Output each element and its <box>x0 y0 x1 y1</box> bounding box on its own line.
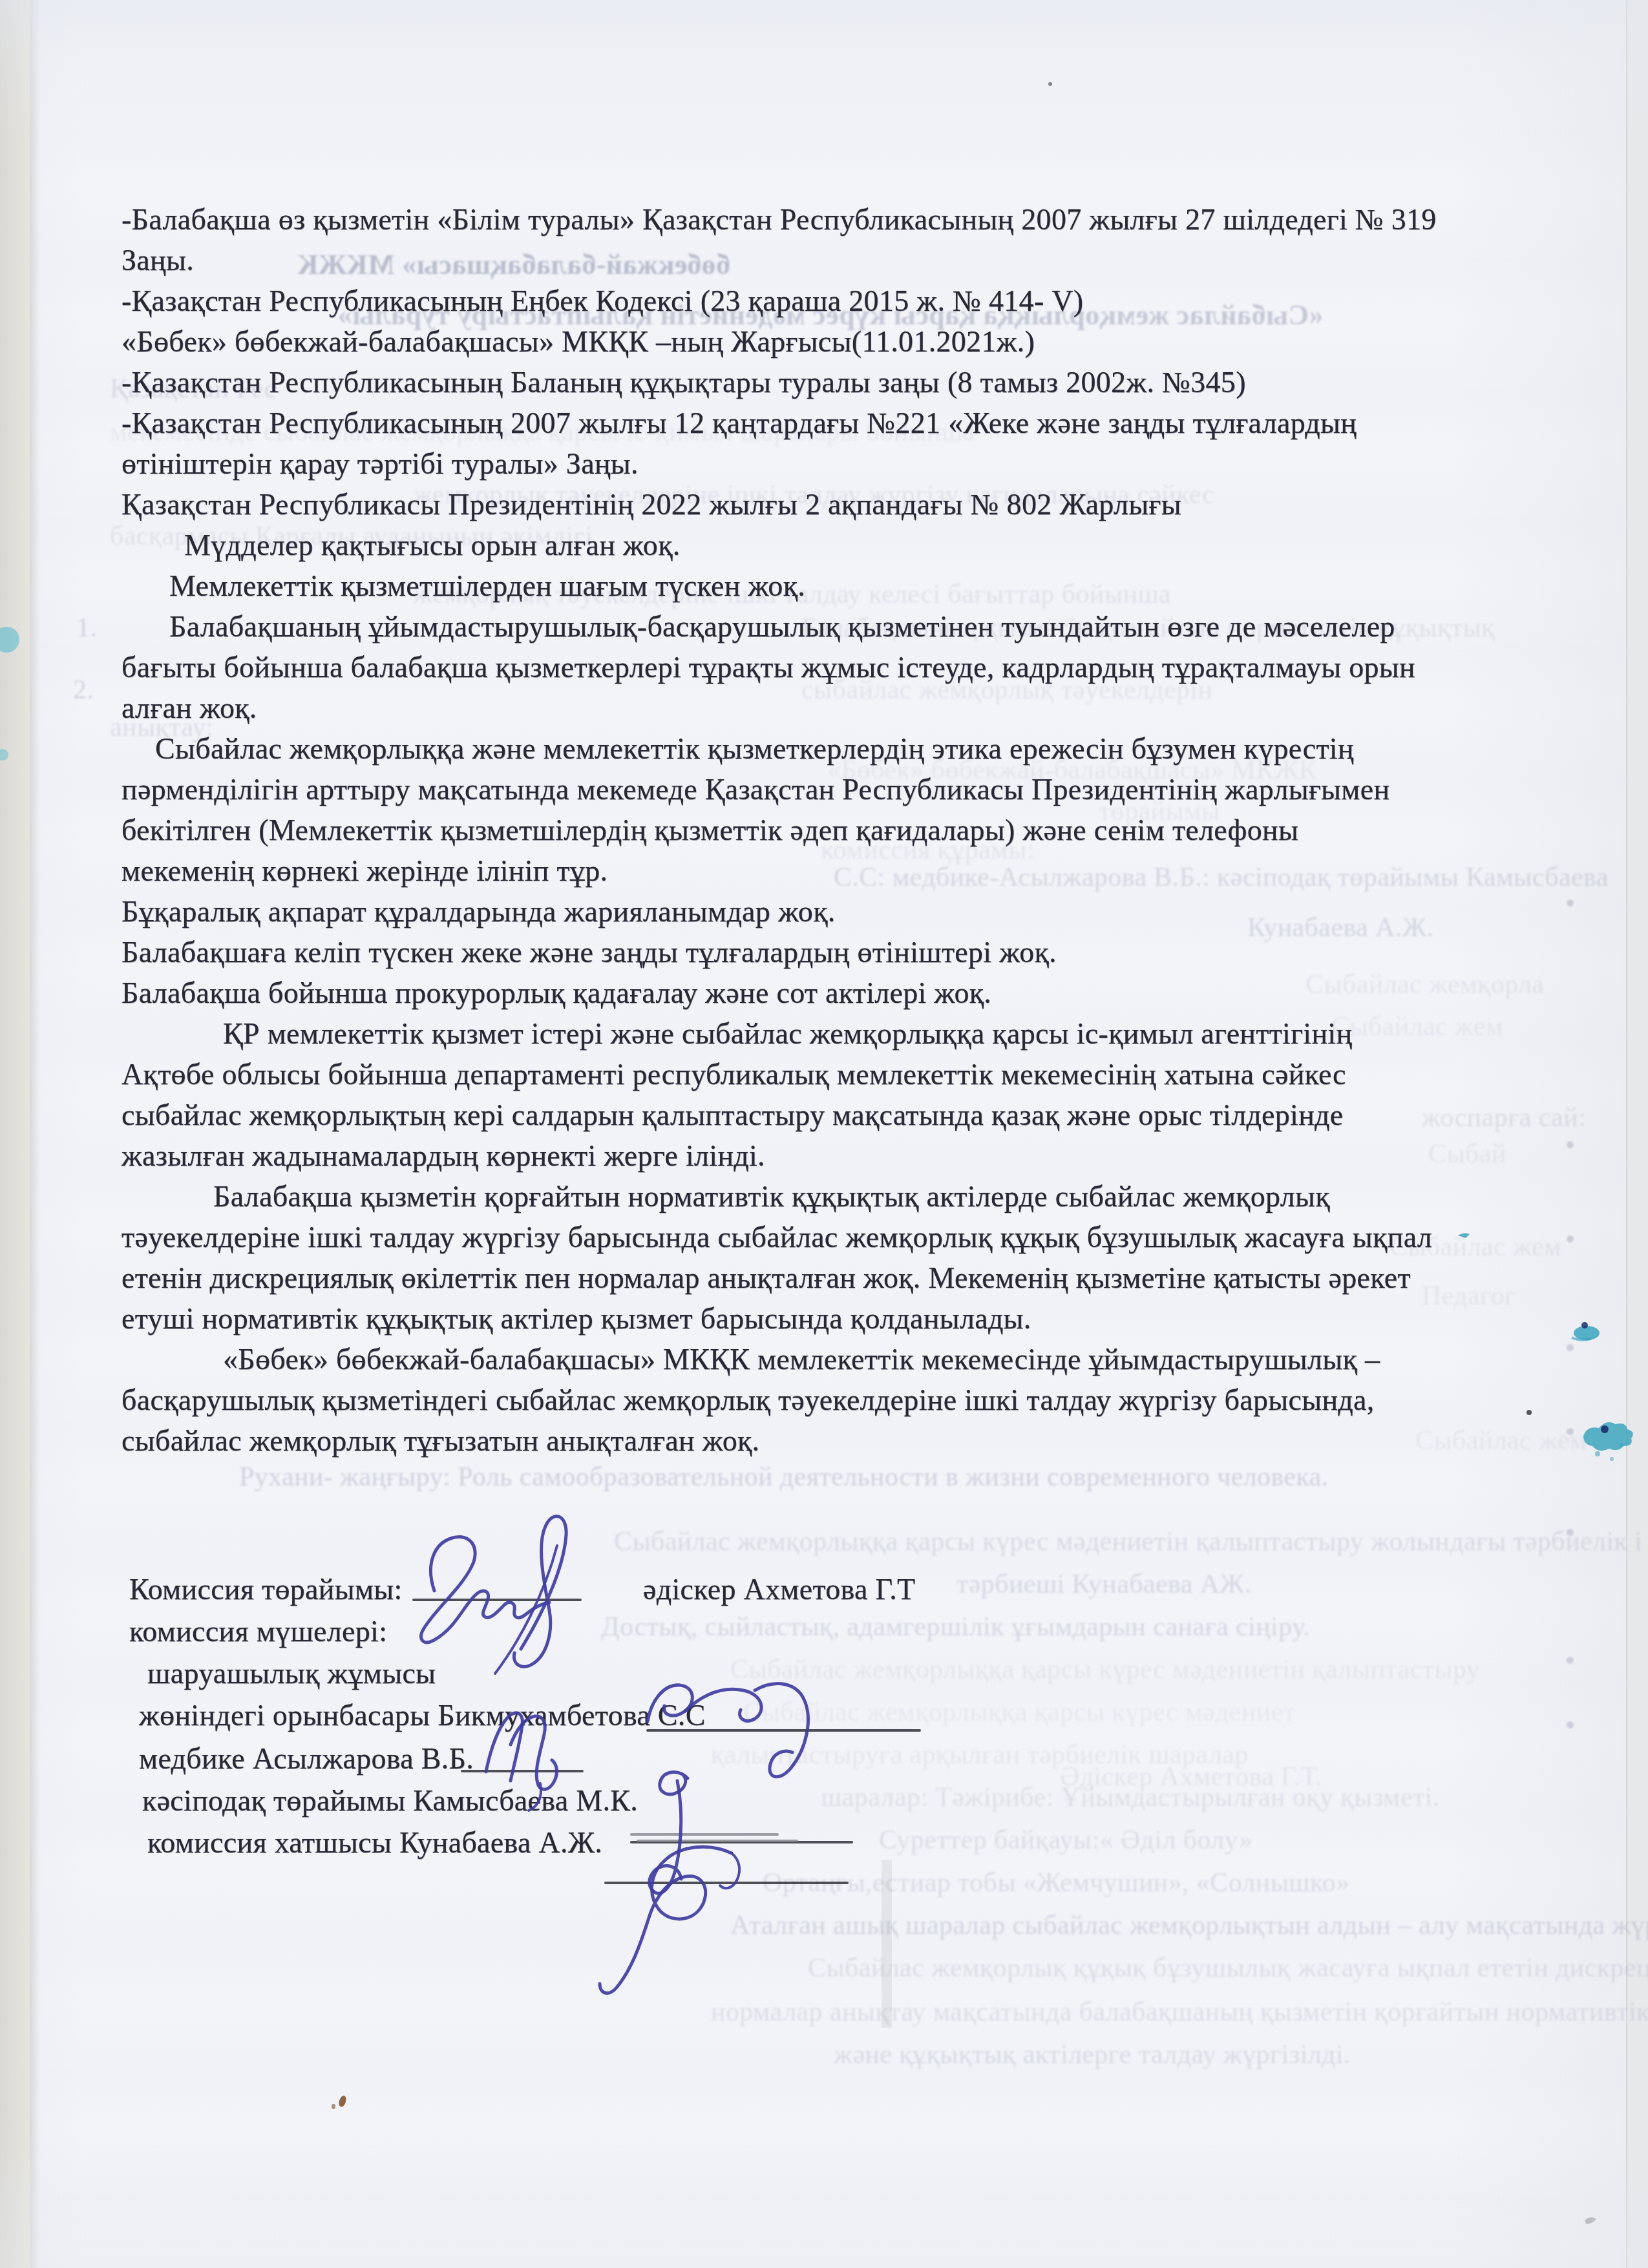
ghost-line: Сыбайлас жемқорла <box>1305 969 1544 1000</box>
ghost-line: нормалар анықтау мақсатында балабақшаның… <box>711 1997 1648 2028</box>
ghost-line: Сыбайлас жемқорлыққа қарсы күрес мәдение… <box>614 1526 1642 1557</box>
text-line: Мүдделер қақтығысы орын алған жоқ. <box>184 529 681 562</box>
ghost-bullet <box>1567 899 1574 907</box>
text-line: «Бөбек» бөбекжай-балабақшасы» МКҚК –ның … <box>121 326 1035 359</box>
ghost-bullet <box>1567 1721 1574 1728</box>
signature-block-line: кәсіподақ төрайымы Камысбаева М.К. <box>142 1785 638 1818</box>
ghost-line: Сыбай <box>1428 1139 1506 1170</box>
signature-block-line: Комиссия төрайымы: <box>129 1573 403 1606</box>
ghost-bullet <box>1567 1428 1574 1435</box>
ghost-line: С.С: медбике-Асылжарова В.Б.: кәсіподақ … <box>834 862 1609 893</box>
text-line: Балабақша қызметін қорғайтын нормативтік… <box>213 1181 1330 1213</box>
scanner-edge-left <box>0 0 30 2268</box>
text-line: басқарушылық қызметіндегі сыбайлас жемқо… <box>121 1384 1375 1417</box>
ghost-line: Сыбайлас жемқорлық құқық бұзушылық жасау… <box>808 1953 1648 1984</box>
ghost-line: және құқықтық актілерге талдау жүргізілд… <box>834 2039 1351 2070</box>
ghost-line: Сыбайлас жемқорлыққа қарсы күрес мәдение… <box>743 1697 1295 1728</box>
ghost-line: Ортаңғы,естиар тобы «Жемчушин», «Солнышк… <box>763 1867 1350 1898</box>
text-line: мекеменің көрнекі жерінде ілініп тұр. <box>121 855 607 888</box>
teal-ink-splash-upper <box>1572 1322 1600 1340</box>
text-line: бағыты бойынша балабақша қызметкерлері т… <box>121 651 1415 684</box>
ghost-bullet <box>1567 1235 1574 1243</box>
text-line: -Қазақстан Республикасының 2007 жылғы 12… <box>121 407 1357 440</box>
ghost-line: Аталған ашық шаралар сыбайлас жемқорлықт… <box>730 1910 1648 1941</box>
ghost-line: Сыбайлас жемқорлыққа қарсы күрес мәдение… <box>730 1654 1480 1685</box>
ghost-line: Суреттер байқауы:« Әділ болу» <box>879 1825 1253 1856</box>
ghost-bullet <box>1567 1141 1574 1148</box>
signature-block-line: медбике Асылжарова В.Б. <box>139 1743 474 1776</box>
text-line: -Қазақстан Республикасының Еңбек Кодексі… <box>121 285 1083 318</box>
text-line: етуші нормативтік құқықтық актілер қызме… <box>121 1303 1031 1336</box>
text-line: Балабақша бойынша прокурорлық қадағалау … <box>121 977 991 1010</box>
text-line: Заңы. <box>121 244 194 277</box>
ghost-line: шаралар: Тәжірибе: Ұйымдастырылған оқу қ… <box>821 1782 1440 1813</box>
ghost-line: 1. <box>76 613 97 644</box>
text-line: -Қазақстан Республикасының Баланың құқық… <box>121 366 1246 399</box>
text-line: Бұқаралық ақпарат құралдарында жарияланы… <box>121 896 836 929</box>
signature-underline <box>461 1770 584 1772</box>
text-line: тәуекелдеріне ішкі талдау жүргізу барысы… <box>121 1221 1432 1254</box>
ghost-line: Достық, сыйластық, адамгершілік ұғымдары… <box>601 1612 1310 1643</box>
signature-akhmetova <box>421 1516 566 1674</box>
text-line: Мемлекеттік қызметшілерден шағым түскен … <box>169 570 805 603</box>
text-line: -Балабақша өз қызметін «Білім туралы» Қа… <box>121 204 1437 236</box>
signature-block-line: комиссия хатшысы Кунабаева А.Ж. <box>147 1827 602 1860</box>
signature-underline <box>646 1729 921 1732</box>
text-line: Ақтөбе облысы бойынша департаменті респу… <box>121 1058 1346 1091</box>
text-line: өтініштерін қарау тәртібі туралы» Заңы. <box>121 448 639 481</box>
text-line: бекітілген (Мемлекеттік қызметшілердің қ… <box>121 814 1298 847</box>
signature-underline <box>412 1599 582 1601</box>
text-line: ҚР мемлекеттік қызмет істері және сыбайл… <box>223 1018 1352 1051</box>
text-line: сыбайлас жемқорлық тұғызатын анықталған … <box>121 1425 759 1458</box>
signature-block-line: әдіскер Ахметова Г.Т <box>643 1573 915 1606</box>
ghost-bullet <box>1567 1344 1574 1351</box>
scanner-edge-shadow <box>30 0 40 2268</box>
text-line: Балабақшаға келіп түскен жеке және заңды… <box>121 936 1057 969</box>
pencil-strike <box>637 1840 798 1842</box>
ghost-bullet <box>1567 1529 1574 1536</box>
text-line: етенін дискрециялық өкілеттік пен нормал… <box>121 1262 1411 1295</box>
ghost-bullet <box>1567 1657 1574 1664</box>
text-line: алған жоқ. <box>121 692 257 725</box>
signature-block-line: комиссия мүшелері: <box>129 1615 387 1648</box>
ghost-line: Сыбайлас жем <box>1415 1425 1587 1456</box>
text-line: «Бөбек» бөбекжай-балабақшасы» МКҚК мемле… <box>223 1343 1380 1376</box>
ghost-line: тәрбиеші Кунабаева АЖ. <box>956 1569 1251 1600</box>
signature-block-line: жөніндегі орынбасары Бикмухамбетова С.С <box>139 1699 706 1732</box>
text-line: жазылған жадынамалардың көрнекті жерге і… <box>121 1140 765 1173</box>
text-line: Сыбайлас жемқорлыққа және мемлекеттік қы… <box>155 733 1354 766</box>
signature-underline <box>604 1882 849 1884</box>
ghost-line: Педагог <box>1422 1281 1516 1312</box>
pencil-strike <box>630 1833 779 1836</box>
ghost-line: Кунабаева А.Ж. <box>1247 912 1434 943</box>
text-line: сыбайлас жемқорлықтың кері салдарын қалы… <box>121 1099 1344 1132</box>
text-line: пәрменділігін арттыру мақсатында мекемед… <box>121 773 1389 806</box>
ghost-line: 2. <box>73 675 94 706</box>
text-line: Балабақшаның ұйымдастырушылық-басқарушыл… <box>169 611 1395 644</box>
text-line: Қазақстан Республикасы Президентінің 202… <box>121 488 1181 521</box>
ghost-header-line: бөбекжай-балабақшасы» МКЖК <box>368 248 730 281</box>
ghost-line: Сыбайлас жем <box>1331 1011 1503 1042</box>
scanned-document-page: { "colors": { "paper": "#f3f4f8", "text"… <box>0 0 1648 2268</box>
signature-kunabayeva <box>600 1847 739 1993</box>
signature-block-line: шаруашылық жұмысы <box>147 1657 436 1690</box>
ghost-line: Рухани- жаңғыру: Роль самообразовательно… <box>239 1462 1329 1493</box>
ghost-line: жоспарға сай: <box>1422 1102 1586 1133</box>
